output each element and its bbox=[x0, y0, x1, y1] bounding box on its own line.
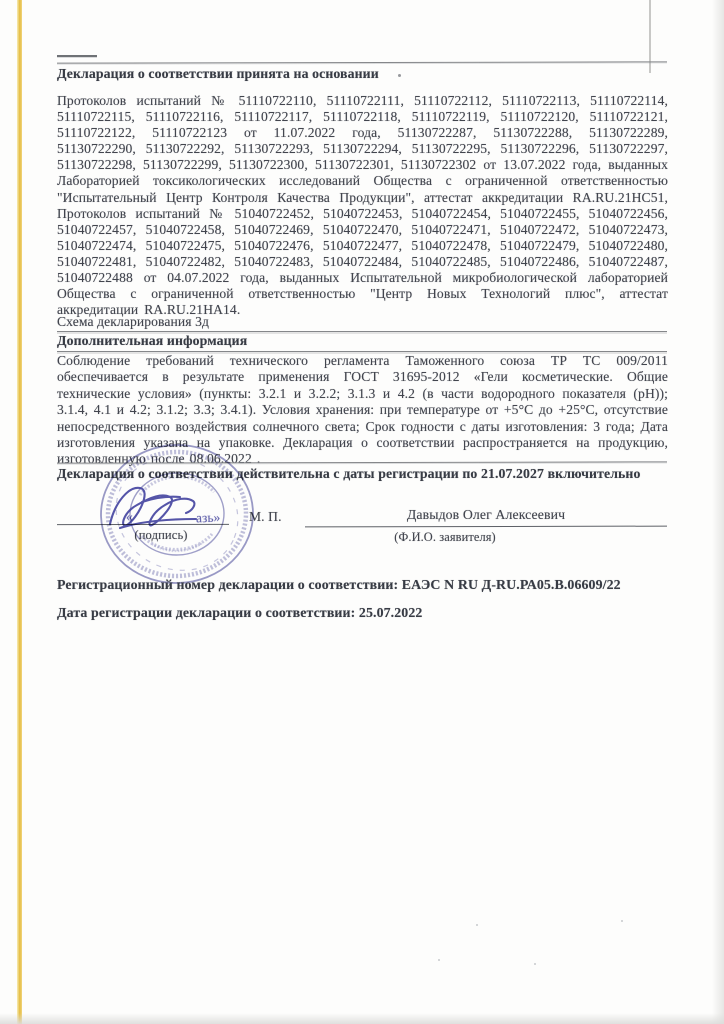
dust-speck bbox=[621, 920, 623, 922]
stamp-text-fragment: « bbox=[126, 509, 133, 525]
table-line-stub bbox=[57, 55, 97, 57]
scan-ink-mark bbox=[398, 74, 401, 77]
applicant-caption: (Ф.И.О. заявителя) bbox=[300, 529, 590, 545]
section-divider-top bbox=[57, 61, 667, 63]
additional-info-heading: Дополнительная информация bbox=[57, 333, 667, 352]
round-stamp bbox=[96, 440, 258, 590]
scan-right-shadow bbox=[712, 0, 724, 1024]
registration-date-line: Дата регистрации декларации о соответств… bbox=[57, 606, 697, 622]
scanned-declaration-page: Декларация о соответствии принята на осн… bbox=[0, 0, 724, 1024]
dust-speck bbox=[534, 963, 536, 965]
dust-speck bbox=[438, 959, 440, 961]
applicant-name-line bbox=[305, 526, 667, 528]
handwritten-signature bbox=[110, 488, 196, 528]
stamp-text-fragment: азь» bbox=[196, 510, 221, 527]
paper-edge-yellow-strip bbox=[17, 0, 22, 1024]
basis-section-body: Протоколов испытаний № 51110722110, 5111… bbox=[57, 93, 668, 318]
registration-number-line: Регистрационный номер декларации о соотв… bbox=[57, 578, 697, 594]
basis-section-heading: Декларация о соответствии принята на осн… bbox=[57, 66, 667, 82]
declaration-scheme-line: Схема декларирования 3д bbox=[57, 314, 667, 332]
scan-bottom-shadow bbox=[0, 1013, 724, 1024]
dust-speck bbox=[476, 924, 478, 926]
applicant-name: Давыдов Олег Алексеевич bbox=[305, 507, 667, 523]
